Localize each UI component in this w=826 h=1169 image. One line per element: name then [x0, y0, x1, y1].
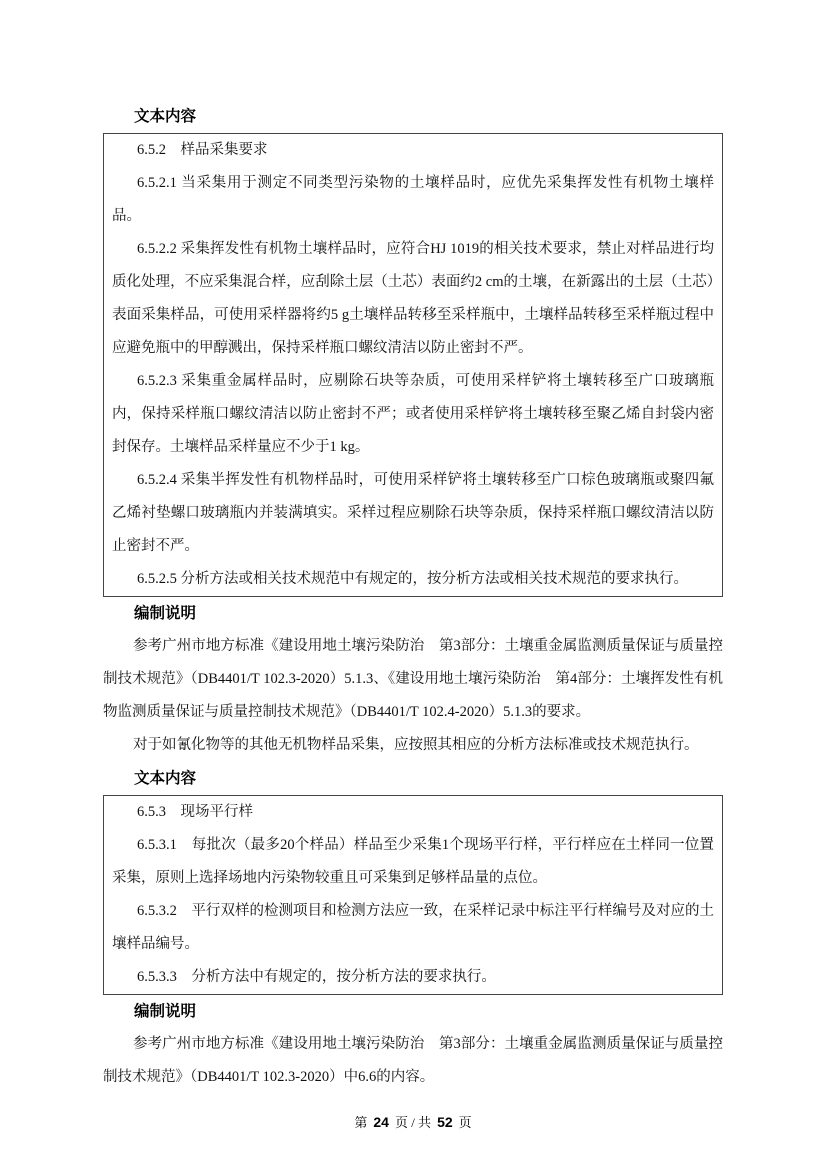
clause-6-5-3-3: 6.5.3.3 分析方法中有规定的，按分析方法的要求执行。 — [112, 961, 714, 994]
clause-6-5-3-1: 6.5.3.1 每批次（最多20个样品）样品至少采集1个现场平行样，平行样应在土… — [112, 829, 714, 895]
footer-label-pages: 页 — [459, 1115, 472, 1130]
clause-6-5-2-title: 6.5.2 样品采集要求 — [112, 134, 714, 167]
section-heading-text-content-1: 文本内容 — [103, 100, 723, 133]
clause-6-5-3-title: 6.5.3 现场平行样 — [112, 796, 714, 829]
notes-paragraph-inorganic-samples: 对于如氰化物等的其他无机物样品采集，应按照其相应的分析方法标准或技术规范执行。 — [103, 729, 723, 762]
document-page: 文本内容 6.5.2 样品采集要求 6.5.2.1 当采集用于测定不同类型污染物… — [0, 0, 826, 1169]
text-content-box-1: 6.5.2 样品采集要求 6.5.2.1 当采集用于测定不同类型污染物的土壤样品… — [103, 133, 723, 597]
footer-label-of: 页 / 共 — [395, 1115, 431, 1130]
text-content-box-2: 6.5.3 现场平行样 6.5.3.1 每批次（最多20个样品）样品至少采集1个… — [103, 795, 723, 995]
clause-6-5-2-5: 6.5.2.5 分析方法或相关技术规范中有规定的，按分析方法或相关技术规范的要求… — [112, 563, 714, 596]
page-number-total: 52 — [437, 1114, 453, 1130]
clause-6-5-2-2: 6.5.2.2 采集挥发性有机物土壤样品时，应符合HJ 1019的相关技术要求，… — [112, 233, 714, 365]
section-heading-text-content-2: 文本内容 — [103, 762, 723, 795]
notes-paragraph-reference-standard-2: 参考广州市地方标准《建设用地土壤污染防治 第3部分：土壤重金属监测质量保证与质量… — [103, 1028, 723, 1094]
section-heading-compilation-notes-1: 编制说明 — [103, 597, 723, 630]
page-footer: 第24页 / 共52页 — [103, 1106, 723, 1139]
section-heading-compilation-notes-2: 编制说明 — [103, 995, 723, 1028]
notes-paragraph-reference-standards: 参考广州市地方标准《建设用地土壤污染防治 第3部分：土壤重金属监测质量保证与质量… — [103, 630, 723, 729]
clause-6-5-2-4: 6.5.2.4 采集半挥发性有机物样品时，可使用采样铲将土壤转移至广口棕色玻璃瓶… — [112, 464, 714, 563]
footer-label-page: 第 — [354, 1115, 367, 1130]
page-number-current: 24 — [373, 1114, 389, 1130]
clause-6-5-2-1: 6.5.2.1 当采集用于测定不同类型污染物的土壤样品时，应优先采集挥发性有机物… — [112, 167, 714, 233]
clause-6-5-2-3: 6.5.2.3 采集重金属样品时，应剔除石块等杂质，可使用采样铲将土壤转移至广口… — [112, 365, 714, 464]
clause-6-5-3-2: 6.5.3.2 平行双样的检测项目和检测方法应一致，在采样记录中标注平行样编号及… — [112, 895, 714, 961]
